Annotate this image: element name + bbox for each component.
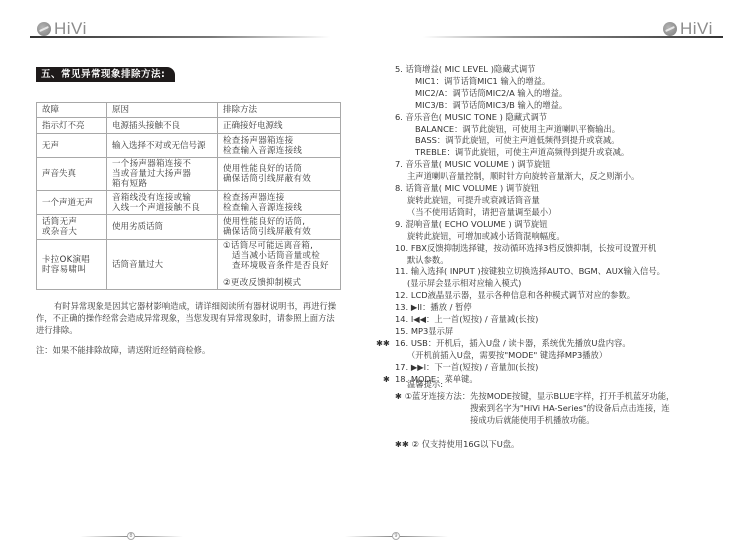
cell-text: ②更改反馈抑制模式 — [223, 278, 335, 288]
header-divider — [30, 36, 330, 38]
header-cause: 原因 — [107, 103, 218, 118]
fix-cell: 使用性能良好的话筒, 确保话筒引线屏蔽有效 — [218, 215, 341, 240]
cell-text: 箱有短路 — [112, 179, 212, 189]
list-item: 8. 话筒音量( MIC VOLUME ) 调节旋钮 — [395, 183, 735, 195]
right-page: HiVi 5. 话筒增益( MIC LEVEL )隐藏式调节MIC1：调节话筒M… — [375, 0, 749, 552]
list-item: MIC1：调节话筒MIC1 输入的增益。 — [395, 76, 735, 88]
list-item: （开机前插入U盘，需要按"MODE" 键选择MP3播放） — [395, 350, 735, 362]
list-item-text: MIC3/B：调节话筒MIC3/B 输入的增益。 — [415, 100, 567, 110]
list-item-text: （开机前插入U盘，需要按"MODE" 键选择MP3播放） — [407, 350, 607, 360]
cell-text: ①话筒尽可能远离音箱, — [223, 241, 335, 251]
star-mark: ✱✱ — [395, 439, 409, 449]
fault-cell: 一个声道无声 — [37, 191, 107, 215]
footer-rule-left — [80, 536, 128, 537]
cause-cell: 话筒音量过大 — [107, 240, 218, 290]
tips-title: 温馨提示: — [395, 378, 740, 390]
cause-cell: 输入选择不对或无信号源 — [107, 134, 218, 158]
repair-note: 注：如果不能排除故障，请送附近经销商检修。 — [36, 344, 341, 356]
tips-section: 温馨提示: ✱ ①蓝牙连接方法： 先按MODE按键，显示BLUE字样，打开手机蓝… — [395, 378, 740, 450]
table-header-row: 故障 原因 排除方法 — [37, 103, 341, 118]
cell-text: 检查输入音源连接线 — [223, 203, 335, 213]
list-item-text: 9. 混响音量( ECHO VOLUME ) 调节旋钮 — [395, 219, 548, 229]
list-item-text: 15. MP3显示屏 — [395, 326, 453, 336]
star-mark: ✱ — [395, 391, 402, 401]
footer-rule-right — [400, 536, 448, 537]
cell-text: 确保话筒引线屏蔽有效 — [223, 174, 335, 184]
fix-cell: 检查扬声器箱连接 检查输入音源连接线 — [218, 134, 341, 158]
cell-text: 声音失真 — [42, 169, 101, 179]
table-row: 一个声道无声 音箱线没有连接或输 入线一个声道接触不良 检查扬声器连接 检查输入… — [37, 191, 341, 215]
page-footer: 8 — [80, 536, 180, 537]
fault-cell: 话筒无声 或杂音大 — [37, 215, 107, 240]
cell-text: 电源插头接触不良 — [112, 121, 212, 131]
cell-text: 指示灯不亮 — [42, 121, 101, 131]
list-item-text: 6. 音乐音色( MUSIC TONE ) 隐藏式调节 — [395, 112, 547, 122]
cell-text: 适当减小话筒音量或检 — [223, 251, 335, 261]
list-item-text: BALANCE：调节此旋钮，可使用主声道喇叭平衡输出。 — [415, 124, 620, 134]
tip-label-text: ①蓝牙连接方法： — [405, 391, 471, 401]
cause-cell: 音箱线没有连接或输 入线一个声道接触不良 — [107, 191, 218, 215]
table-row: 声音失真 一个扬声器箱连接不 当或音量过大扬声器 箱有短路 使用性能良好的话筒 … — [37, 158, 341, 191]
cell-text: 检查扬声器连接 — [223, 193, 335, 203]
list-item: 旋转此旋钮，可增加或减小话筒混响幅度。 — [395, 231, 735, 243]
controls-description-list: 5. 话筒增益( MIC LEVEL )隐藏式调节MIC1：调节话筒MIC1 输… — [395, 64, 735, 385]
cell-text: 检查输入音源连接线 — [223, 146, 335, 156]
footer-rule-right — [135, 536, 183, 537]
tip-line: 搜索到名字为"HiVi HA-Series"的设备后点击连接，连 — [470, 402, 740, 414]
cell-text: 音箱线没有连接或输 — [112, 193, 212, 203]
section-title: 五、常见异常现象排除方法: — [36, 67, 175, 82]
table-row: 无声 输入选择不对或无信号源 检查扬声器箱连接 检查输入音源连接线 — [37, 134, 341, 158]
fault-cell: 卡拉OK演唱 时容易啸叫 — [37, 240, 107, 290]
advice-paragraph: 有时异常现象是因其它器材影响造成，请详细阅读所有器材说明书，再进行操作，不正确的… — [36, 300, 341, 336]
cell-text: 输入选择不对或无信号源 — [112, 141, 212, 151]
list-item-text: BASS：调节此旋钮，可使主声道低频得到提升或衰减。 — [415, 135, 619, 145]
list-item-text: 17. ▶▶I：下一首(短按) / 音量加(长按) — [395, 362, 538, 372]
list-item: (显示屏会显示相对应输入模式) — [395, 278, 735, 290]
tip-bluetooth-label: ✱ ①蓝牙连接方法： — [395, 390, 470, 426]
list-item: 11. 输入选择( INPUT )按键独立切换选择AUTO、BGM、AUX输入信… — [395, 266, 735, 278]
cell-text: 使用劣质话筒 — [112, 222, 212, 232]
cell-text: 无声 — [42, 141, 101, 151]
list-item-text: MIC1：调节话筒MIC1 输入的增益。 — [415, 76, 550, 86]
cell-text: 使用性能良好的话筒 — [223, 164, 335, 174]
list-item-text: 13. ▶II：播放 / 暂停 — [395, 302, 472, 312]
left-page: HiVi 五、常见异常现象排除方法: 故障 原因 排除方法 指示灯不亮 电源插头… — [0, 0, 375, 552]
tip-usb-text: ② 仅支持使用16G以下U盘。 — [412, 439, 520, 449]
cell-text: 使用性能良好的话筒, — [223, 217, 335, 227]
star-mark: ✱ — [373, 374, 390, 386]
page-number: 9 — [392, 532, 400, 540]
fix-cell: 检查扬声器连接 检查输入音源连接线 — [218, 191, 341, 215]
list-item-text: 14. I◀◀：上一首(短按) / 音量减(长按) — [395, 314, 538, 324]
list-item-text: (显示屏会显示相对应输入模式) — [407, 278, 521, 288]
list-item: （当不使用话筒时，请把音量调至最小） — [395, 207, 735, 219]
list-item: 12. LCD液晶显示器，显示各种信息和各种模式调节对应的参数。 — [395, 290, 735, 302]
fix-cell: 使用性能良好的话筒 确保话筒引线屏蔽有效 — [218, 158, 341, 191]
cell-text: 话筒无声 — [42, 217, 101, 227]
cell-text: 一个扬声器箱连接不 — [112, 159, 212, 169]
list-item: 6. 音乐音色( MUSIC TONE ) 隐藏式调节 — [395, 112, 735, 124]
cell-text: 时容易啸叫 — [42, 265, 101, 275]
tip-bluetooth-body: 先按MODE按键，显示BLUE字样，打开手机蓝牙功能， 搜索到名字为"HiVi … — [470, 390, 740, 426]
list-item: 17. ▶▶I：下一首(短按) / 音量加(长按) — [395, 362, 735, 374]
cell-text: 话筒音量过大 — [112, 260, 212, 270]
list-item: 10. FBX反馈抑制选择键，按动循环选择3档反馈抑制，长按可设置开机 — [395, 243, 735, 255]
list-item-text: 旋转此旋钮，可提升或衰减话筒音量 — [407, 195, 540, 205]
list-item: MIC3/B：调节话筒MIC3/B 输入的增益。 — [395, 100, 735, 112]
list-item-text: 12. LCD液晶显示器，显示各种信息和各种模式调节对应的参数。 — [395, 290, 635, 300]
page-number: 8 — [127, 532, 135, 540]
list-item-text: 旋转此旋钮，可增加或减小话筒混响幅度。 — [407, 231, 565, 241]
list-item-text: 11. 输入选择( INPUT )按键独立切换选择AUTO、BGM、AUX输入信… — [395, 266, 665, 276]
hivi-logo-icon — [663, 22, 677, 36]
list-item-text: 7. 音乐音量( MUSIC VOLUME ) 调节旋钮 — [395, 159, 550, 169]
fault-cell: 无声 — [37, 134, 107, 158]
list-item: 14. I◀◀：上一首(短按) / 音量减(长按) — [395, 314, 735, 326]
cell-text: 检查扬声器箱连接 — [223, 136, 335, 146]
list-item: 5. 话筒增益( MIC LEVEL )隐藏式调节 — [395, 64, 735, 76]
fix-cell: 正确接好电源线 — [218, 118, 341, 134]
cause-cell: 电源插头接触不良 — [107, 118, 218, 134]
list-item-text: TREBLE：调节此旋钮，可使主声道高频得到提升或衰减。 — [415, 147, 629, 157]
list-item: MIC2/A：调节话筒MIC2/A 输入的增益。 — [395, 88, 735, 100]
list-item: BASS：调节此旋钮，可使主声道低频得到提升或衰减。 — [395, 135, 735, 147]
page-footer: 9 — [345, 536, 445, 537]
cell-text: 或杂音大 — [42, 227, 101, 237]
list-item-text: 5. 话筒增益( MIC LEVEL )隐藏式调节 — [395, 64, 535, 74]
cell-text: 入线一个声道接触不良 — [112, 203, 212, 213]
list-item: 15. MP3显示屏 — [395, 326, 735, 338]
list-item: 默认参数。 — [395, 255, 735, 267]
list-item-text: MIC2/A：调节话筒MIC2/A 输入的增益。 — [415, 88, 567, 98]
list-item-text: （当不使用话筒时，请把音量调至最小） — [407, 207, 556, 217]
footer-rule-left — [345, 536, 393, 537]
list-item-text: 默认参数。 — [407, 255, 449, 265]
list-item: BALANCE：调节此旋钮，可使用主声道喇叭平衡输出。 — [395, 124, 735, 136]
list-item-text: 主声道喇叭音量控制，顺时针方向旋转音量渐大，反之则渐小。 — [407, 171, 639, 181]
list-item-text: 8. 话筒音量( MIC VOLUME ) 调节旋钮 — [395, 183, 539, 193]
list-item: 主声道喇叭音量控制，顺时针方向旋转音量渐大，反之则渐小。 — [395, 171, 735, 183]
list-item-text: 10. FBX反馈抑制选择键，按动循环选择3档反馈抑制，长按可设置开机 — [395, 243, 656, 253]
list-item: 7. 音乐音量( MUSIC VOLUME ) 调节旋钮 — [395, 159, 735, 171]
fix-cell: ①话筒尽可能远离音箱, 适当减小话筒音量或检 查环境吸音条件是否良好 ②更改反馈… — [218, 240, 341, 290]
table-row: 话筒无声 或杂音大 使用劣质话筒 使用性能良好的话筒, 确保话筒引线屏蔽有效 — [37, 215, 341, 240]
cell-text: 一个声道无声 — [42, 198, 101, 208]
header-fix: 排除方法 — [218, 103, 341, 118]
hivi-logo-icon — [37, 22, 51, 36]
header-divider — [423, 36, 723, 38]
list-item: ✱✱16. USB：开机后，插入U盘 / 读卡器，系统优先播放U盘内容。 — [395, 338, 735, 350]
list-item: 13. ▶II：播放 / 暂停 — [395, 302, 735, 314]
troubleshooting-table: 故障 原因 排除方法 指示灯不亮 电源插头接触不良 正确接好电源线 无声 输入选… — [36, 102, 341, 290]
fault-cell: 声音失真 — [37, 158, 107, 191]
tip-line: 接成功后就能使用手机播放功能。 — [470, 414, 740, 426]
list-item: TREBLE：调节此旋钮，可使主声道高频得到提升或衰减。 — [395, 147, 735, 159]
tip-line: 先按MODE按键，显示BLUE字样，打开手机蓝牙功能， — [470, 390, 740, 402]
header-fault: 故障 — [37, 103, 107, 118]
cause-cell: 使用劣质话筒 — [107, 215, 218, 240]
star-mark: ✱✱ — [373, 338, 390, 350]
tip-bluetooth: ✱ ①蓝牙连接方法： 先按MODE按键，显示BLUE字样，打开手机蓝牙功能， 搜… — [395, 390, 740, 426]
cause-cell: 一个扬声器箱连接不 当或音量过大扬声器 箱有短路 — [107, 158, 218, 191]
list-item: 旋转此旋钮，可提升或衰减话筒音量 — [395, 195, 735, 207]
tip-usb: ✱✱ ② 仅支持使用16G以下U盘。 — [395, 438, 740, 450]
cell-text: 当或音量过大扬声器 — [112, 169, 212, 179]
table-row: 卡拉OK演唱 时容易啸叫 话筒音量过大 ①话筒尽可能远离音箱, 适当减小话筒音量… — [37, 240, 341, 290]
cell-text: 确保话筒引线屏蔽有效 — [223, 227, 335, 237]
list-item-text: 16. USB：开机后，插入U盘 / 读卡器，系统优先播放U盘内容。 — [395, 338, 631, 348]
list-item: 9. 混响音量( ECHO VOLUME ) 调节旋钮 — [395, 219, 735, 231]
cell-text: 卡拉OK演唱 — [42, 255, 101, 265]
fault-cell: 指示灯不亮 — [37, 118, 107, 134]
table-row: 指示灯不亮 电源插头接触不良 正确接好电源线 — [37, 118, 341, 134]
cell-text: 查环境吸音条件是否良好 — [223, 261, 335, 271]
cell-text: 正确接好电源线 — [223, 121, 335, 131]
